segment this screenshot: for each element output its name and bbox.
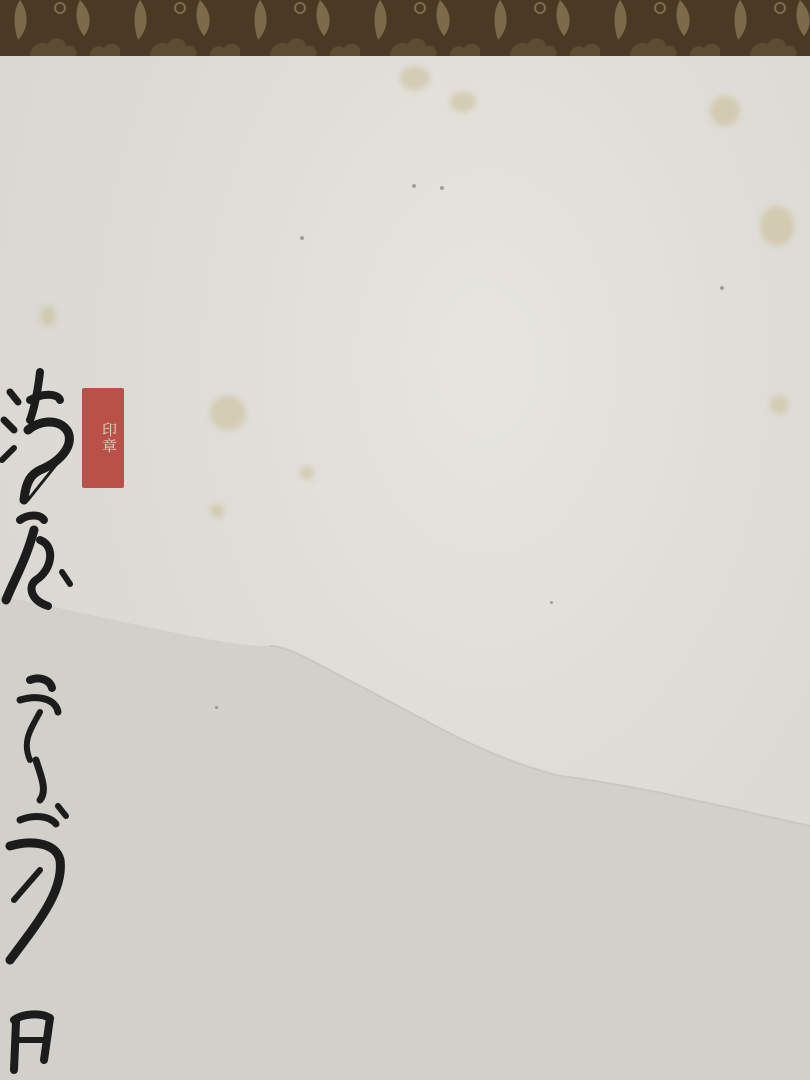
speck <box>550 601 553 604</box>
foxing-spot <box>760 206 794 246</box>
foxing-spot <box>450 92 476 112</box>
calligraphy-column <box>0 56 140 1080</box>
scroll-paper: 印章 Close-up photograph of an East Asian … <box>0 56 810 1080</box>
speck <box>300 236 304 240</box>
foxing-spot <box>770 396 788 414</box>
brocade-mounting <box>0 0 810 56</box>
foxing-spot <box>210 504 224 518</box>
speck <box>440 186 444 190</box>
foxing-spot <box>300 466 314 480</box>
foxing-spot <box>710 96 740 126</box>
red-seal-stamp: 印章 <box>82 388 124 488</box>
brocade-pattern <box>0 0 810 56</box>
foxing-spot <box>400 66 430 90</box>
foxing-spot <box>210 396 246 430</box>
speck <box>412 184 416 188</box>
seal-text: 印章 <box>86 394 120 482</box>
speck <box>720 286 724 290</box>
speck <box>215 706 218 709</box>
